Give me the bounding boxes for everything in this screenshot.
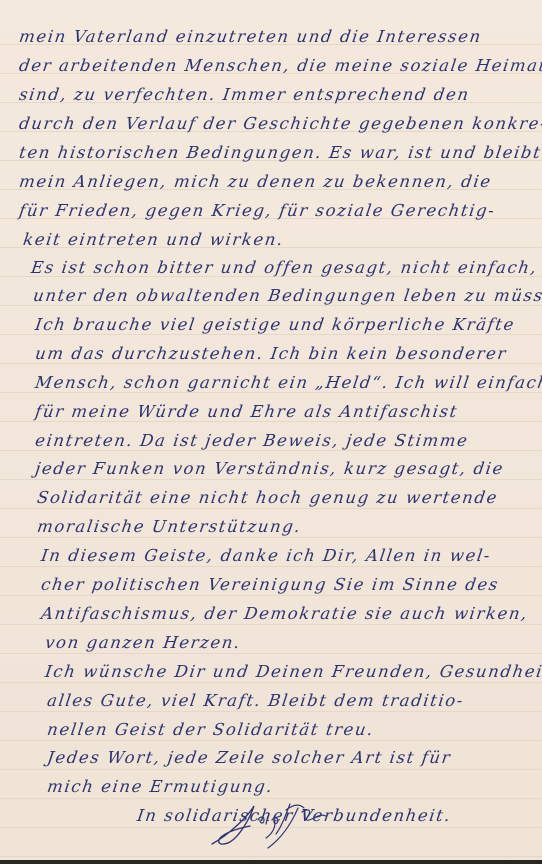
handwritten-line: um das durchzustehen. Ich bin kein beson… [34, 346, 508, 363]
handwritten-line: mein Anliegen, mich zu denen zu bekennen… [18, 174, 493, 191]
ruled-line [0, 653, 542, 654]
handwritten-line: durch den Verlauf der Geschichte gegeben… [18, 116, 542, 133]
ruled-line [0, 566, 542, 567]
handwritten-line: für meine Würde und Ehre als Antifaschis… [34, 404, 459, 421]
handwritten-line: Ich brauche viel geistige und körperlich… [34, 317, 516, 334]
scan-edge [0, 860, 542, 864]
ruled-line [0, 624, 542, 625]
handwritten-line: jeder Funken von Verständnis, kurz gesag… [34, 461, 505, 478]
handwritten-line: von ganzen Herzen. [44, 635, 242, 652]
ruled-line [0, 595, 542, 596]
ruled-line [0, 392, 542, 393]
handwritten-line: mein Vaterland einzutreten und die Inter… [18, 29, 483, 46]
ruled-line [0, 305, 542, 306]
handwritten-line: unter den obwaltenden Bedingungen leben … [32, 288, 542, 305]
handwritten-line: Solidarität eine nicht hoch genug zu wer… [36, 490, 499, 507]
signature-icon [200, 798, 360, 850]
ruled-line [0, 508, 542, 509]
handwritten-line: nellen Geist der Solidarität treu. [46, 722, 375, 739]
ruled-line [0, 682, 542, 683]
ruled-line [0, 769, 542, 770]
handwritten-line: Jedes Wort, jede Zeile solcher Art ist f… [46, 750, 452, 767]
handwritten-line: keit eintreten und wirken. [22, 232, 285, 249]
handwritten-letter-page: mein Vaterland einzutreten und die Inter… [0, 0, 542, 860]
handwritten-line: alles Gute, viel Kraft. Bleibt dem tradi… [46, 693, 465, 710]
ruled-line [0, 856, 542, 857]
ruled-line [0, 711, 542, 712]
handwritten-line: Antifaschismus, der Demokratie sie auch … [40, 606, 529, 623]
handwritten-line: Ich wünsche Dir und Deinen Freunden, Ges… [44, 664, 542, 681]
ruled-line [0, 740, 542, 741]
ruled-line [0, 537, 542, 538]
handwritten-line: der arbeitenden Menschen, die meine sozi… [18, 58, 542, 75]
ruled-line [0, 479, 542, 480]
handwritten-line: cher politischen Vereinigung Sie im Sinn… [40, 577, 500, 594]
handwritten-line: mich eine Ermutigung. [46, 779, 274, 796]
handwritten-line: moralische Unterstützung. [36, 519, 302, 536]
handwritten-line: Es ist schon bitter und offen gesagt, ni… [30, 260, 539, 277]
signature [200, 798, 360, 850]
ruled-line [0, 450, 542, 451]
handwritten-line: ten historischen Bedingungen. Es war, is… [18, 145, 542, 162]
ruled-line [0, 334, 542, 335]
ruled-line [0, 363, 542, 364]
ruled-line [0, 421, 542, 422]
handwritten-line: Mensch, schon garnicht ein „Held“. Ich w… [34, 375, 542, 392]
handwritten-line: eintreten. Da ist jeder Beweis, jede Sti… [34, 433, 470, 450]
handwritten-line: sind, zu verfechten. Immer entsprechend … [18, 87, 471, 104]
handwritten-line: In diesem Geiste, danke ich Dir, Allen i… [40, 548, 492, 565]
handwritten-line: für Frieden, gegen Krieg, für soziale Ge… [18, 203, 497, 220]
